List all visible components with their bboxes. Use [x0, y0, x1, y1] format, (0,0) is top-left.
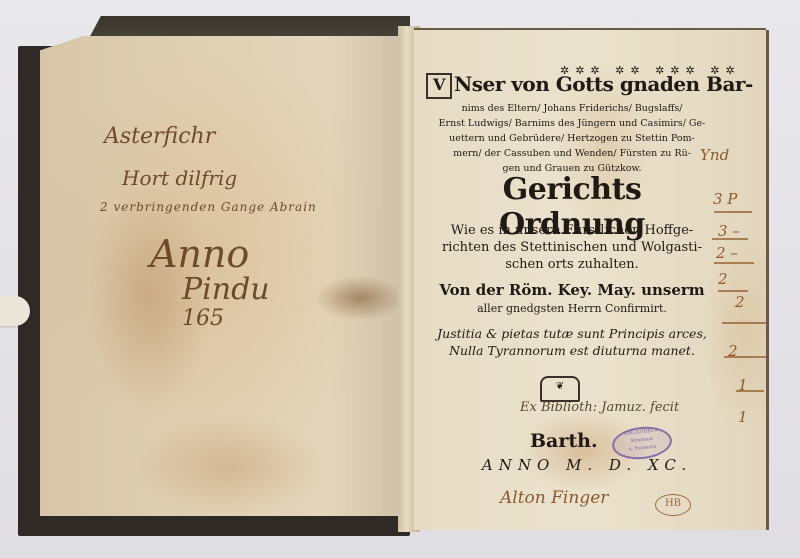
- margin-rule: [714, 211, 752, 213]
- confirmation-line-2: aller gnedgsten Herrn Confirmirt.: [426, 302, 718, 315]
- margin-note: 1: [738, 408, 748, 426]
- motto-line-2: Nulla Tyrannorum est diuturna manet.: [426, 343, 718, 358]
- heading-text: Nser von Gotts gnaden Bar-: [454, 72, 753, 96]
- title-line: Ernst Ludwigs/ Barnims des Jüngern und C…: [426, 116, 718, 131]
- margin-note: 2 –: [716, 244, 738, 262]
- owner-signature: Alton Finger: [500, 488, 608, 508]
- title-line: uettern und Gebrüdere/ Hertzogen zu Stet…: [426, 131, 718, 146]
- margin-rule: [736, 390, 764, 392]
- margin-rule: [714, 262, 754, 264]
- inscription-anno: Anno: [150, 232, 249, 276]
- margin-rule: [712, 238, 748, 240]
- margin-rule: [724, 356, 766, 358]
- inscription-line-1: Asterfichr: [104, 124, 215, 149]
- margin-rule: [722, 322, 766, 324]
- subtitle-line: Wie es in unsern Fürstlichen Hoffge-: [426, 222, 718, 239]
- inscription-year: 165: [182, 306, 224, 331]
- imprint-place: Barth.: [530, 430, 598, 452]
- decorated-initial: V: [426, 73, 452, 99]
- subtitle-line: schen orts zuhalten.: [426, 256, 718, 273]
- margin-note: Ynd: [700, 146, 729, 164]
- subtitle-line: richten des Stettinischen und Wolgasti-: [426, 239, 718, 256]
- page-holder: [0, 296, 30, 326]
- ex-libris-note: Ex Biblioth: Jamuz. fecit: [520, 400, 679, 415]
- inscription-line-3: 2 verbringenden Gange Abrain: [100, 200, 317, 214]
- motto-line-1: Justitia & pietas tutæ sunt Principis ar…: [426, 326, 718, 341]
- title-line: nims des Eltern/ Johans Friderichs/ Bugs…: [426, 101, 718, 116]
- printer-vignette-icon: ❦: [540, 376, 580, 402]
- margin-rule: [718, 290, 748, 292]
- title-heading-line: VNser von Gotts gnaden Bar-: [426, 72, 718, 99]
- margin-note: 2: [735, 293, 745, 311]
- margin-note: 2: [718, 270, 728, 288]
- imprint-year: ANNO M. D. XC.: [462, 456, 712, 474]
- inscription-line-5: Pindu: [182, 272, 270, 307]
- confirmation-line-1: Von der Röm. Key. May. unserm: [426, 281, 718, 299]
- margin-note: 3 P: [713, 190, 737, 208]
- title-line: mern/ der Cassuben und Wenden/ Fürsten z…: [426, 146, 718, 161]
- inscription-line-2: Hort dilfrig: [122, 166, 237, 190]
- owner-monogram: HB: [655, 494, 691, 516]
